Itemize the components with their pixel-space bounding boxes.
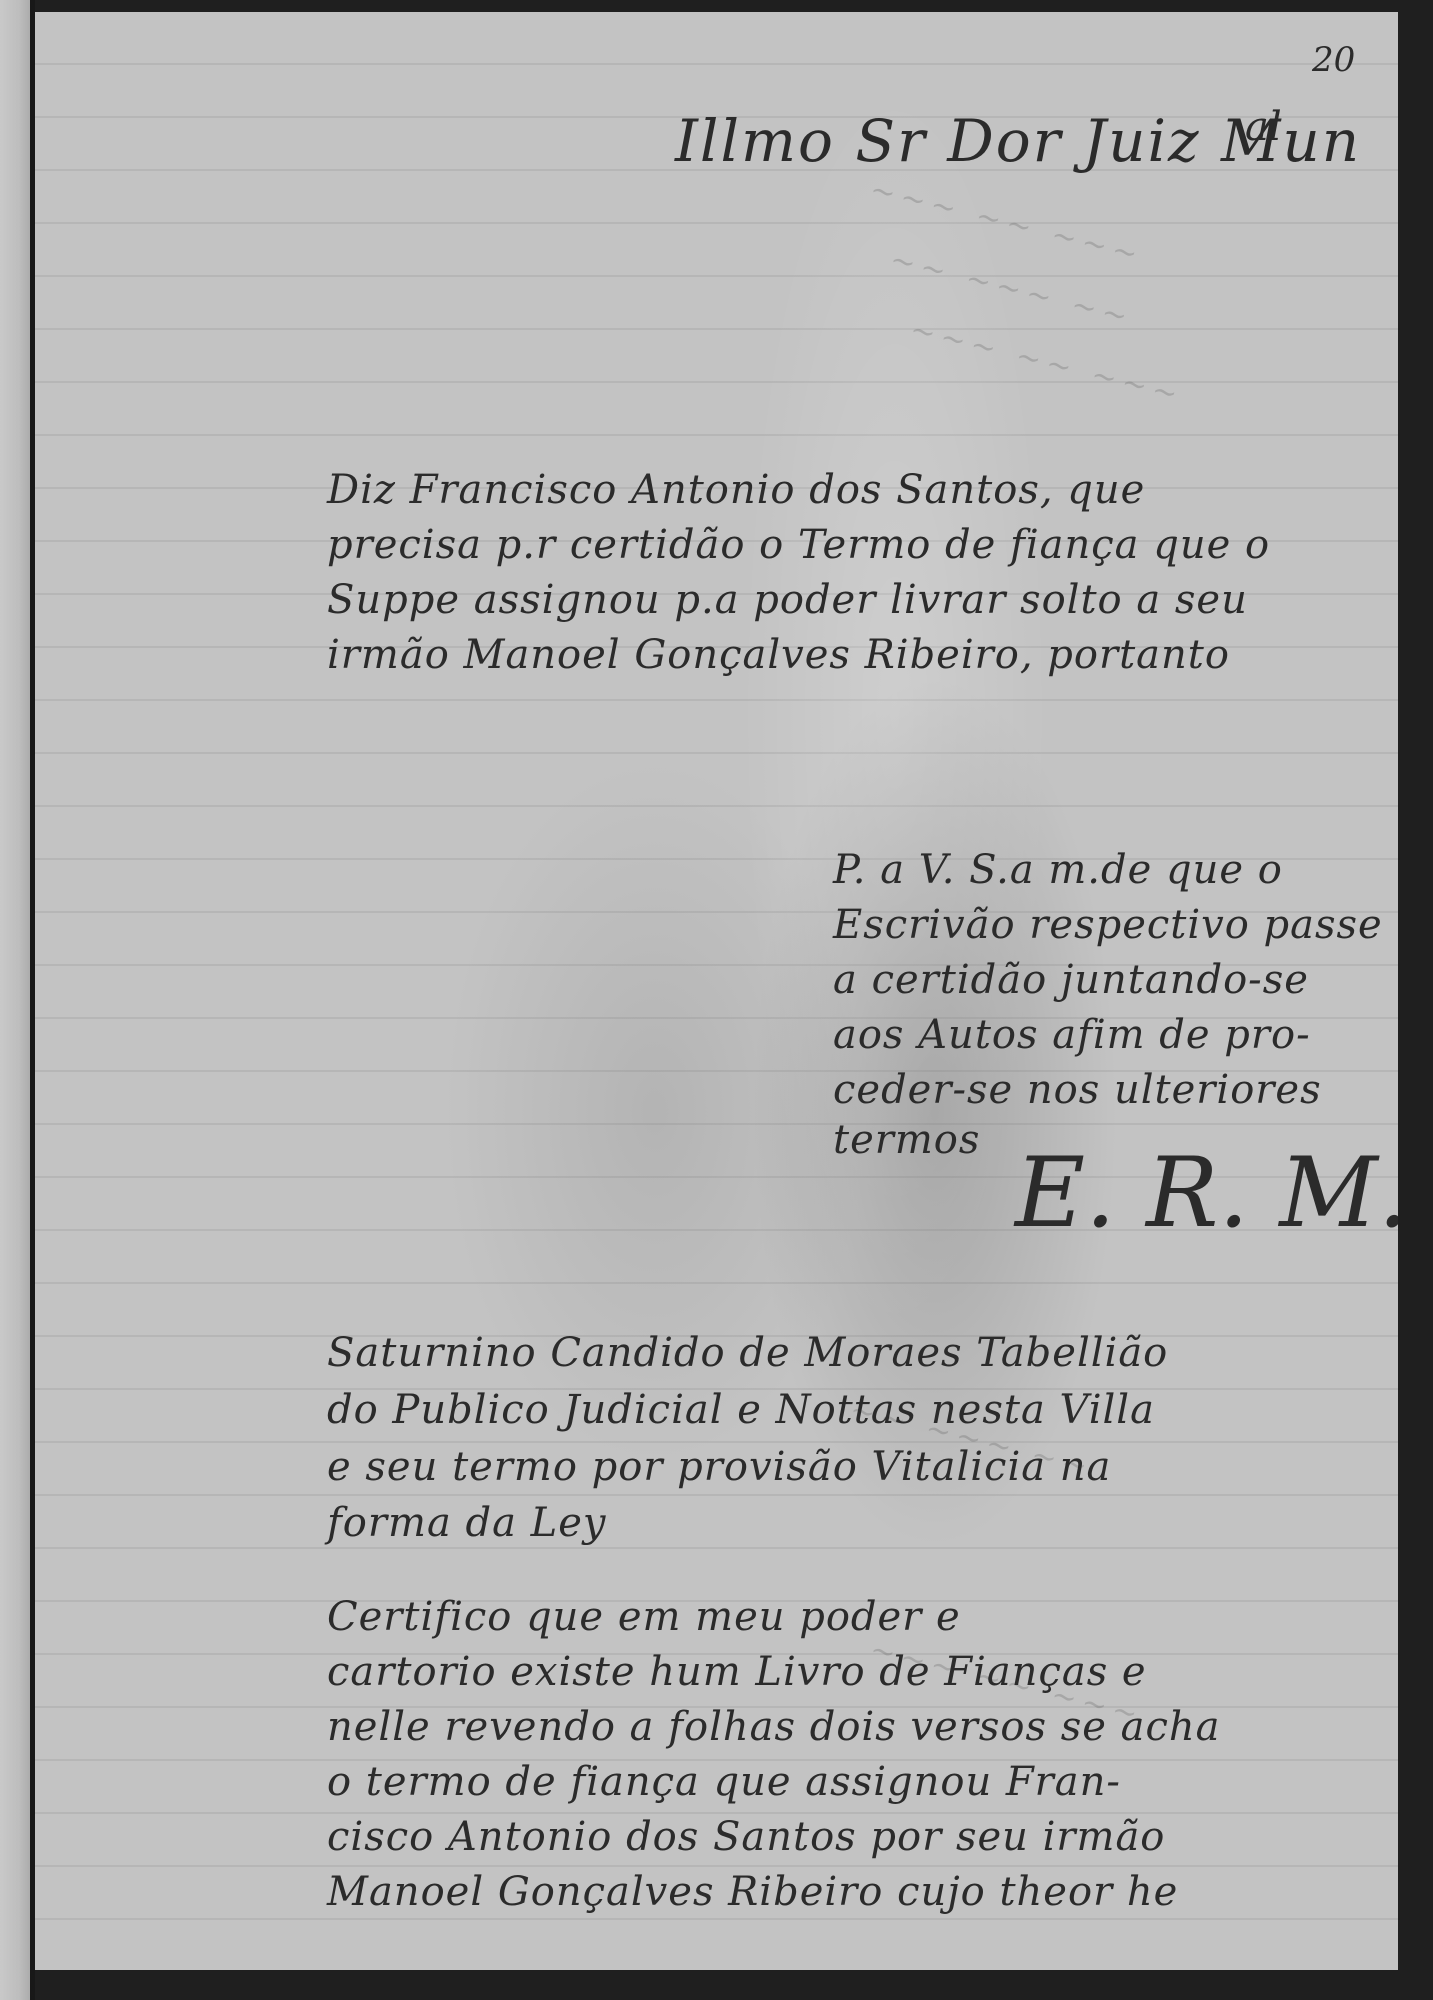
- certificate-body-line: nelle revendo a folhas dois versos se ac…: [327, 1704, 1220, 1750]
- request-line: P. a V. S.a m.de que o: [833, 847, 1283, 893]
- petition-line: precisa p.r certidão o Termo de fiança q…: [327, 522, 1270, 568]
- closing-initials: E. R. M.: [1015, 1137, 1398, 1249]
- request-line: ceder-se nos ulteriores: [833, 1067, 1322, 1113]
- certificate-body-line: Manoel Gonçalves Ribeiro cujo theor he: [327, 1869, 1178, 1915]
- certificate-header-line: e seu termo por provisão Vitalicia na: [327, 1444, 1111, 1490]
- petition-line: Suppe assignou p.a poder livrar solto a …: [327, 577, 1248, 623]
- folio-number: 20: [1312, 40, 1355, 80]
- request-line: Escrivão respectivo passe e: [833, 902, 1398, 948]
- request-line: termos: [833, 1117, 980, 1163]
- bleed-through-mark: ~~~ ~~ ~~~: [907, 312, 1187, 414]
- manuscript-page: ~~~ ~~ ~~~ ~~ ~~~ ~~ ~~~ ~~ ~~~ ~~ ~~~ ~…: [35, 12, 1398, 1970]
- certificate-header-line: do Publico Judicial e Nottas nesta Villa: [327, 1387, 1155, 1433]
- request-line: aos Autos afim de pro-: [833, 1012, 1311, 1058]
- request-line: a certidão juntando-se: [833, 957, 1309, 1003]
- petition-line: irmão Manoel Gonçalves Ribeiro, portanto: [327, 632, 1230, 678]
- certificate-header-line: Saturnino Candido de Moraes Tabellião: [327, 1330, 1168, 1376]
- addressee-heading-superscript: al: [1245, 104, 1282, 150]
- certificate-body-line: o termo de fiança que assignou Fran-: [327, 1759, 1121, 1805]
- certificate-body-line: Certifico que em meu poder e: [327, 1594, 961, 1640]
- certificate-body-line: cisco Antonio dos Santos por seu irmão: [327, 1814, 1165, 1860]
- binding-edge: [0, 0, 32, 2000]
- certificate-header-line: forma da Ley: [327, 1500, 607, 1546]
- certificate-body-line: cartorio existe hum Livro de Fianças e: [327, 1649, 1147, 1695]
- petition-line: Diz Francisco Antonio dos Santos, que: [327, 467, 1145, 513]
